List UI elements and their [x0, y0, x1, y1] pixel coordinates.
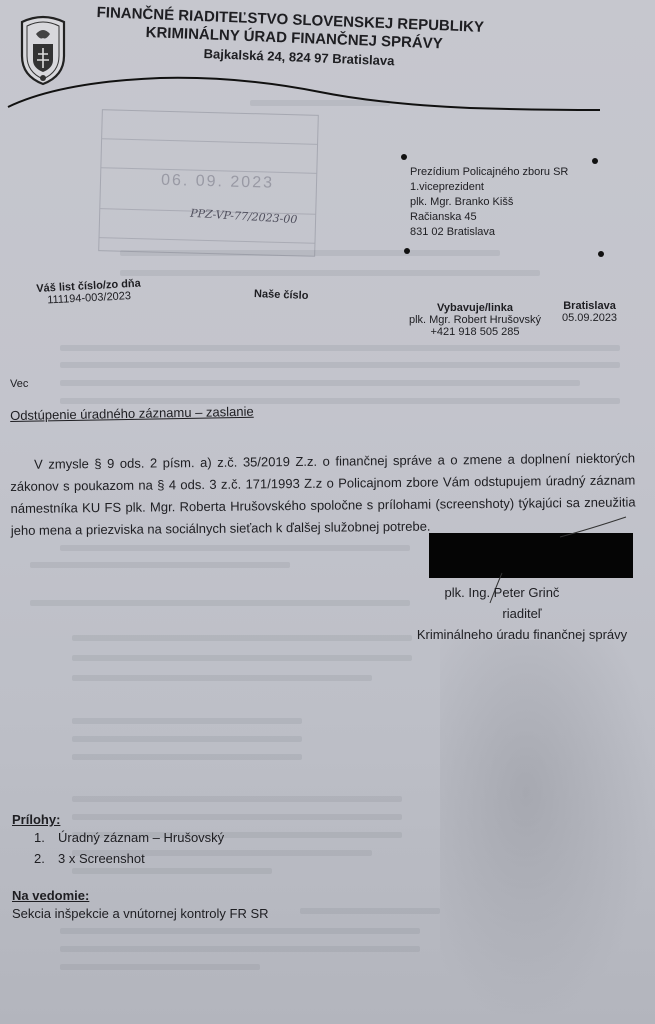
annexes-list: 1.Úradný záznam – Hrušovský 2.3 x Screen… — [12, 827, 224, 869]
signatory-role: riaditeľ — [412, 603, 632, 624]
addressee-line: Prezídium Policajného zboru SR — [410, 165, 568, 180]
subject-title: Odstúpenie úradného záznamu – zaslanie — [10, 404, 254, 423]
shadow-overlay — [440, 640, 655, 1024]
handled-by-name: plk. Mgr. Robert Hrušovský — [400, 314, 550, 326]
window-mark — [592, 158, 598, 164]
letterhead-divider — [0, 70, 620, 120]
window-mark — [401, 154, 407, 160]
cc-title: Na vedomie: — [12, 888, 269, 903]
annex-item: 2.3 x Screenshot — [34, 848, 224, 869]
signatory-name: plk. Ing. Peter Grinč — [412, 582, 632, 603]
registry-stamp: 06. 09. 2023 PPZ-VP-77/2023-00 — [98, 109, 319, 257]
stamp-date: 06. 09. 2023 — [161, 172, 274, 193]
window-mark — [598, 251, 604, 257]
letter-date: 05.09.2023 — [562, 312, 617, 324]
your-letter-block: Váš list číslo/zo dňa 111194-003/2023 — [36, 278, 142, 307]
window-mark — [404, 248, 410, 254]
our-number-label: Naše číslo — [254, 288, 309, 302]
addressee-block: Prezídium Policajného zboru SR 1.vicepre… — [410, 165, 568, 240]
handled-by-phone: +421 918 505 285 — [400, 326, 550, 338]
signature-block: plk. Ing. Peter Grinč riaditeľ Krimináln… — [412, 582, 632, 645]
annex-item: 1.Úradný záznam – Hrušovský — [34, 827, 224, 848]
addressee-line: plk. Mgr. Branko Kišš — [410, 195, 568, 210]
addressee-line: 1.viceprezident — [410, 180, 568, 195]
addressee-line: 831 02 Bratislava — [410, 225, 568, 240]
subject-label: Vec — [10, 378, 28, 390]
document-page: 06. 09. 2023 PPZ-VP-77/2023-00 FINANČNÉ … — [0, 0, 655, 1024]
signatory-org: Kriminálneho úradu finančnej správy — [412, 624, 632, 645]
annexes-title: Prílohy: — [12, 812, 224, 827]
place-label: Bratislava — [562, 300, 617, 312]
addressee-line: Račianska 45 — [410, 210, 568, 225]
annexes-section: Prílohy: 1.Úradný záznam – Hrušovský 2.3… — [12, 812, 224, 869]
cc-section: Na vedomie: Sekcia inšpekcie a vnútornej… — [12, 888, 269, 921]
handled-by-label: Vybavuje/linka — [400, 302, 550, 314]
place-date-block: Bratislava 05.09.2023 — [562, 300, 617, 324]
handled-by-block: Vybavuje/linka plk. Mgr. Robert Hrušovsk… — [400, 302, 550, 338]
cc-recipient: Sekcia inšpekcie a vnútornej kontroly FR… — [12, 906, 269, 921]
